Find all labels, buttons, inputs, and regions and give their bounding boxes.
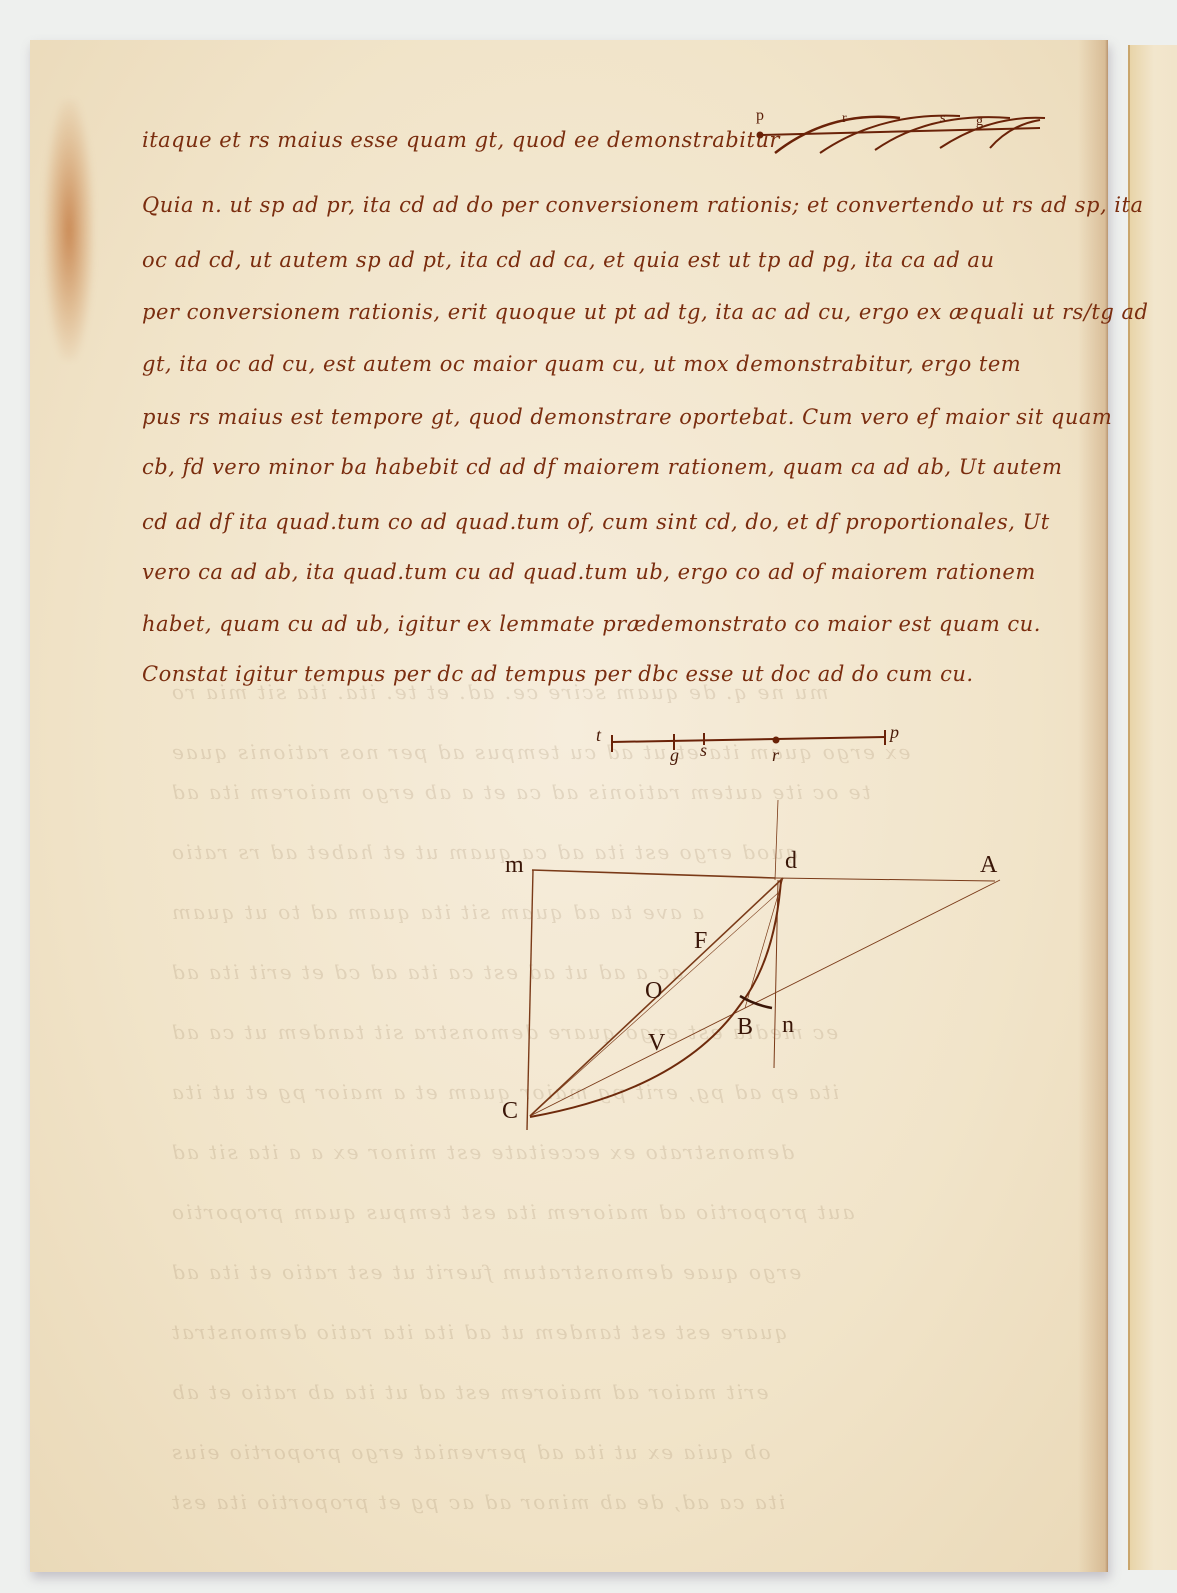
crossed-label-g: g: [976, 114, 983, 129]
crossed-label-p: p: [756, 107, 764, 124]
line-label-r: r: [772, 745, 779, 766]
diagrams-layer: p r s g: [0, 0, 1177, 1593]
line-label-p: p: [890, 722, 899, 743]
point-label-F: F: [694, 928, 707, 955]
crossed-label-s: s: [940, 111, 945, 126]
crossed-label-r: r: [842, 111, 847, 126]
point-label-B: B: [737, 1014, 753, 1041]
line-label-s: s: [700, 740, 707, 761]
point-label-d: d: [785, 848, 797, 875]
point-label-A: A: [980, 852, 997, 879]
point-label-m: m: [505, 852, 524, 879]
point-label-n: n: [782, 1012, 794, 1039]
line-label-g: g: [670, 745, 679, 766]
crossed-out-line-diagram: [757, 116, 1045, 153]
point-label-V: V: [648, 1030, 665, 1057]
horizontal-line-diagram: [612, 730, 885, 752]
point-label-C: C: [502, 1098, 518, 1125]
geometric-diagram: [527, 800, 1000, 1130]
point-label-O: O: [645, 978, 662, 1005]
line-label-t: t: [596, 725, 601, 746]
